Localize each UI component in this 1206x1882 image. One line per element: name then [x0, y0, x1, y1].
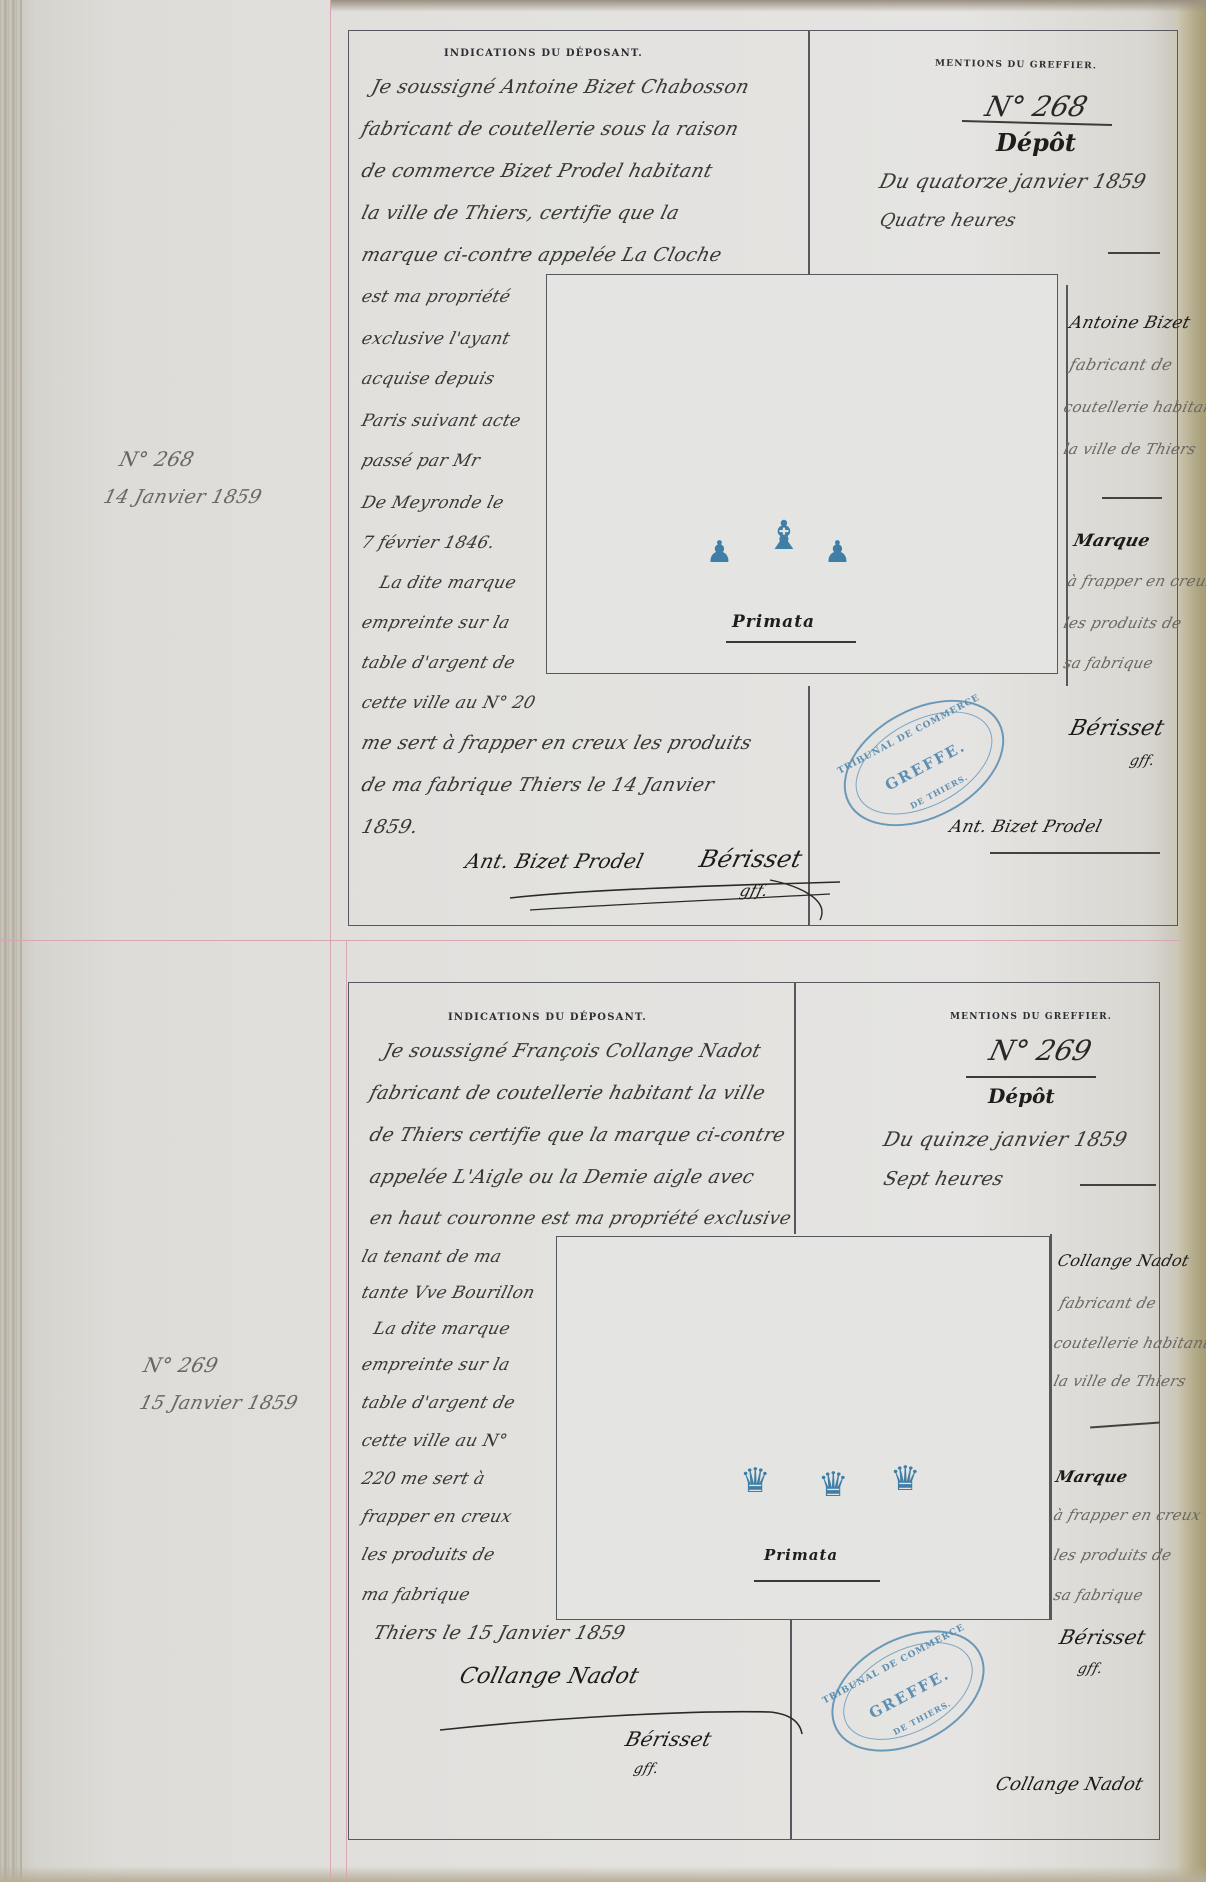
mark-name: Primata: [764, 1546, 838, 1564]
registrar-depositor-line: la ville de Thiers: [1049, 1360, 1191, 1402]
declaration-line: la ville de Thiers, certifie que la: [357, 192, 684, 234]
declaration-line: me sert à frapper en creux les produits: [357, 722, 757, 764]
mark-stamp-icon: ♟: [824, 538, 851, 568]
mark-name-underline: [754, 1580, 880, 1582]
declaration-line: La dite marque: [375, 562, 521, 604]
mark-stamp-crowned-icon: ♝: [766, 516, 802, 556]
declaration-line: Je soussigné François Collange Nadot: [379, 1030, 766, 1072]
declaration-line: exclusive l'ayant: [357, 318, 515, 360]
margin-rule-left: [330, 0, 331, 1882]
deposit-title: Dépôt: [988, 1084, 1055, 1108]
declaration-line: 1859.: [357, 806, 423, 848]
registrar-mark-line: à frapper en creux: [1049, 1494, 1206, 1536]
margin-entry-number: N° 268: [115, 438, 199, 480]
registrar-depositor-line: Antoine Bizet: [1065, 302, 1195, 344]
deposit-title: Dépôt: [996, 128, 1076, 157]
registrar-depositor-line: fabricant de: [1055, 1282, 1161, 1324]
declaration-line: Je soussigné Antoine Bizet Chabosson: [367, 66, 754, 108]
registrar-depositor-line: fabricant de: [1065, 344, 1178, 386]
signature-rule: [990, 852, 1160, 854]
column-divider-top: [808, 30, 810, 285]
column-divider-top: [794, 982, 796, 1234]
separator-dash: [1108, 252, 1160, 254]
registrar-mark-line: sa fabrique: [1059, 642, 1158, 684]
declaration-line: De Meyronde le: [357, 482, 509, 524]
declaration-line: fabricant de coutellerie habitant la vil…: [365, 1072, 770, 1114]
registrar-depositor-signature: Collange Nadot: [991, 1764, 1148, 1806]
ledger-page: N° 268 14 Janvier 1859 INDICATIONS DU DÉ…: [0, 0, 1206, 1882]
declaration-line: cette ville au N° 20: [357, 682, 540, 724]
declaration-line: de commerce Bizet Prodel habitant: [357, 150, 718, 192]
bottom-shadow: [0, 1866, 1206, 1882]
separator-dash: [1080, 1184, 1156, 1186]
declaration-line: les produits de: [357, 1534, 500, 1576]
registrar-depositor-line: Collange Nadot: [1053, 1240, 1194, 1282]
registrar-entry-number: N° 269: [986, 1034, 1095, 1067]
registrar-mark-label: Marque: [1069, 520, 1155, 562]
declaration-line: empreinte sur la: [357, 1344, 515, 1386]
declaration-line: marque ci-contre appelée La Cloche: [357, 234, 727, 276]
registrar-mark-line: sa fabrique: [1049, 1574, 1148, 1616]
declaration-line: appelée L'Aigle ou la Demie aigle avec: [365, 1156, 759, 1198]
registrar-mark-line: les produits de: [1049, 1534, 1177, 1576]
mark-stamp-eagle-icon: ♛: [890, 1462, 920, 1496]
mark-stamp-icon: ♟: [706, 538, 733, 568]
declaration-line: de ma fabrique Thiers le 14 Janvier: [357, 764, 719, 806]
mark-name: Primata: [732, 612, 815, 632]
deposit-time: Quatre heures: [875, 200, 1021, 242]
declaration-line: acquise depuis: [357, 358, 500, 400]
declaration-line: frapper en creux: [357, 1496, 517, 1538]
deposit-date: Du quatorze janvier 1859: [875, 160, 1151, 202]
separator-dash: [1102, 497, 1162, 499]
stacked-page-edges: [0, 0, 22, 1882]
entry-separator-rule: [0, 940, 1180, 941]
declaration-line: empreinte sur la: [357, 602, 515, 644]
registrar-depositor-line: la ville de Thiers: [1059, 428, 1201, 470]
registrar-mark-line: les produits de: [1059, 602, 1187, 644]
declaration-line: table d'argent de: [357, 642, 520, 684]
mark-name-underline: [726, 641, 856, 643]
registrar-depositor-line: coutellerie habitant: [1049, 1322, 1206, 1364]
depositor-header: INDICATIONS DU DÉPOSANT.: [444, 48, 643, 59]
declaration-line: 220 me sert à: [357, 1458, 490, 1500]
deposit-time: Sept heures: [879, 1158, 1009, 1200]
registrar-header: MENTIONS DU GREFFIER.: [950, 1012, 1112, 1022]
declaration-line: ma fabrique: [357, 1574, 475, 1616]
top-shadow: [330, 0, 1206, 12]
margin-rule-inner: [346, 940, 347, 1882]
mark-stamp-eagle-icon: ♛: [740, 1464, 770, 1498]
deposit-date: Du quinze janvier 1859: [879, 1118, 1132, 1160]
declaration-line: fabricant de coutellerie sous la raison: [357, 108, 744, 150]
declaration-line: est ma propriété: [357, 276, 516, 318]
number-underline: [966, 1076, 1096, 1078]
declaration-line: de Thiers certifie que la marque ci-cont…: [365, 1114, 790, 1156]
registrar-depositor-line: coutellerie habitant: [1059, 386, 1206, 428]
declaration-line: cette ville au N°: [357, 1420, 513, 1462]
signature-flourish: [430, 1690, 810, 1750]
declaration-line: Paris suivant acte: [357, 400, 526, 442]
declaration-line: passé par Mr: [357, 440, 485, 482]
registrar-mark-label: Marque: [1051, 1456, 1133, 1498]
mark-stamp-eagle-icon: ♛: [818, 1468, 848, 1502]
declaration-line: table d'argent de: [357, 1382, 520, 1424]
registrar-entry-number: N° 268: [982, 90, 1091, 123]
registrar-depositor-signature: Ant. Bizet Prodel: [945, 806, 1107, 848]
declaration-line: en haut couronne est ma propriété exclus…: [365, 1198, 796, 1240]
depositor-header: INDICATIONS DU DÉPOSANT.: [448, 1012, 647, 1023]
margin-entry-date: 15 Janvier 1859: [135, 1382, 303, 1424]
signature-flourish: [500, 860, 860, 930]
registrar-mark-line: à frapper en creux: [1063, 560, 1206, 602]
book-spine-edge: [1176, 0, 1206, 1882]
margin-entry-date: 14 Janvier 1859: [99, 476, 267, 518]
declaration-line: 7 février 1846.: [357, 522, 500, 564]
margin-entry-number: N° 269: [139, 1344, 223, 1386]
